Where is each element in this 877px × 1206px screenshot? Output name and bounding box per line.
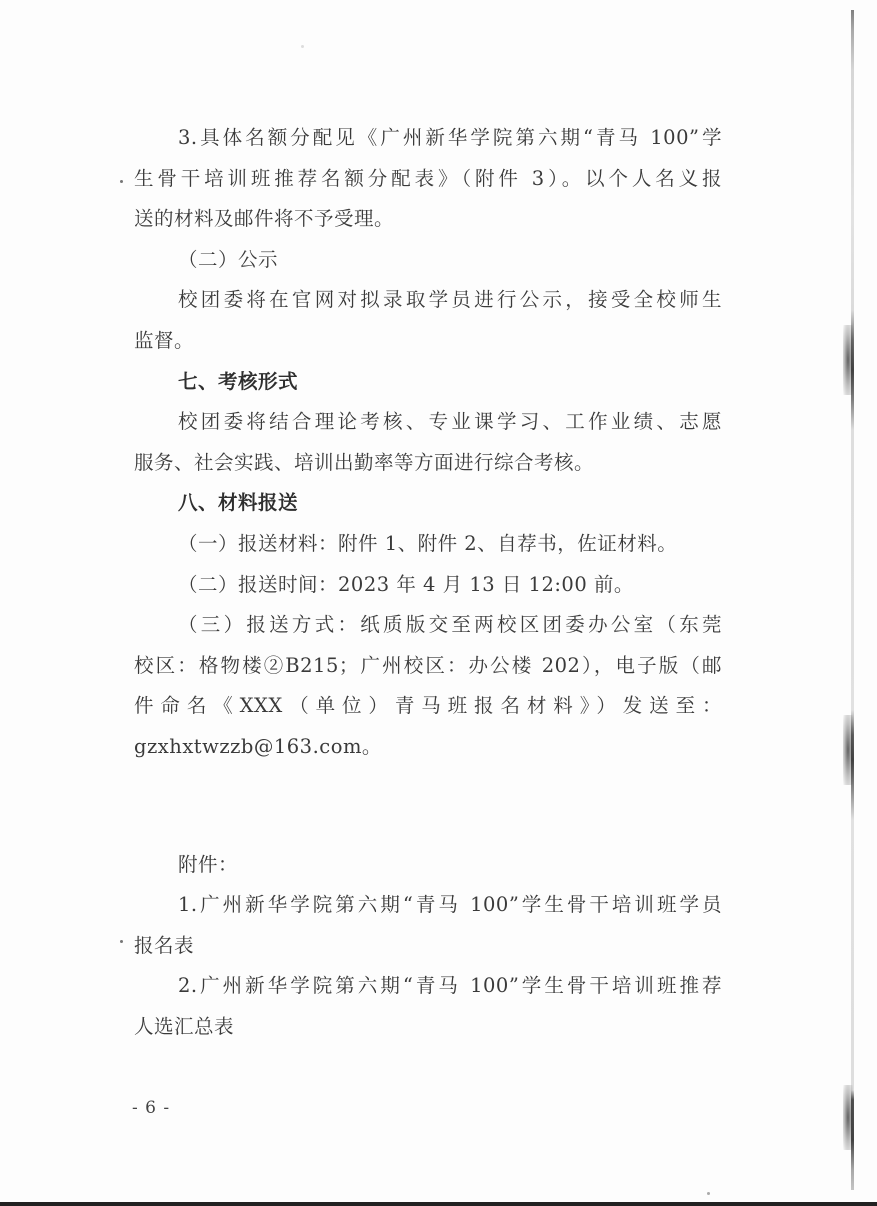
scan-blot-artifact [843, 325, 853, 395]
scan-blot-artifact [843, 715, 853, 785]
attachments-label: 附件： [134, 845, 722, 886]
submission-method-line-2: 校区：格物楼②B215；广州校区：办公楼 202），电子版（邮 [134, 646, 722, 687]
paragraph-quota-line-3: 送的材料及邮件将不予受理。 [134, 199, 722, 240]
paragraph-assessment-line-1: 校团委将结合理论考核、专业课学习、工作业绩、志愿 [134, 402, 722, 443]
paragraph-assessment-line-2: 服务、社会实践、培训出勤率等方面进行综合考核。 [134, 443, 722, 484]
document-body: 3.具体名额分配见《广州新华学院第六期“青马 100”学 生骨干培训班推荐名额分… [134, 118, 722, 1047]
submission-method-line-1: （三）报送方式：纸质版交至两校区团委办公室（东莞 [134, 605, 722, 646]
page-number: - 6 - [132, 1098, 170, 1118]
submission-materials: （一）报送材料：附件 1、附件 2、自荐书，佐证材料。 [134, 524, 722, 565]
scan-speck [120, 940, 123, 943]
scan-speck [120, 180, 123, 183]
paragraph-publicity-line-1: 校团委将在官网对拟录取学员进行公示，接受全校师生 [134, 280, 722, 321]
section-heading-submission: 八、材料报送 [134, 483, 722, 524]
scan-speck [301, 45, 304, 48]
page-bottom-border [0, 1202, 877, 1206]
attachment-1-line-1: 1.广州新华学院第六期“青马 100”学生骨干培训班学员 [134, 885, 722, 926]
submission-method-line-3: 件命名《XXX（单位）青马班报名材料》）发送至： [134, 686, 722, 727]
document-page: 3.具体名额分配见《广州新华学院第六期“青马 100”学 生骨干培训班推荐名额分… [0, 0, 877, 1200]
attachment-1-line-2: 报名表 [134, 926, 722, 967]
spacer [134, 768, 722, 845]
subsection-publicity-title: （二）公示 [134, 240, 722, 281]
submission-deadline: （二）报送时间：2023 年 4 月 13 日 12:00 前。 [134, 565, 722, 606]
scan-speck [707, 1192, 710, 1195]
attachment-2-line-2: 人选汇总表 [134, 1007, 722, 1048]
scan-blot-artifact [843, 1085, 853, 1150]
submission-email: gzxhxtwzzb@163.com。 [134, 727, 722, 768]
scan-edge-artifact [851, 10, 854, 1190]
paragraph-publicity-line-2: 监督。 [134, 321, 722, 362]
attachment-2-line-1: 2.广州新华学院第六期“青马 100”学生骨干培训班推荐 [134, 966, 722, 1007]
paragraph-quota-line-1: 3.具体名额分配见《广州新华学院第六期“青马 100”学 [134, 118, 722, 159]
section-heading-assessment: 七、考核形式 [134, 362, 722, 403]
paragraph-quota-line-2: 生骨干培训班推荐名额分配表》（附件 3）。以个人名义报 [134, 159, 722, 200]
